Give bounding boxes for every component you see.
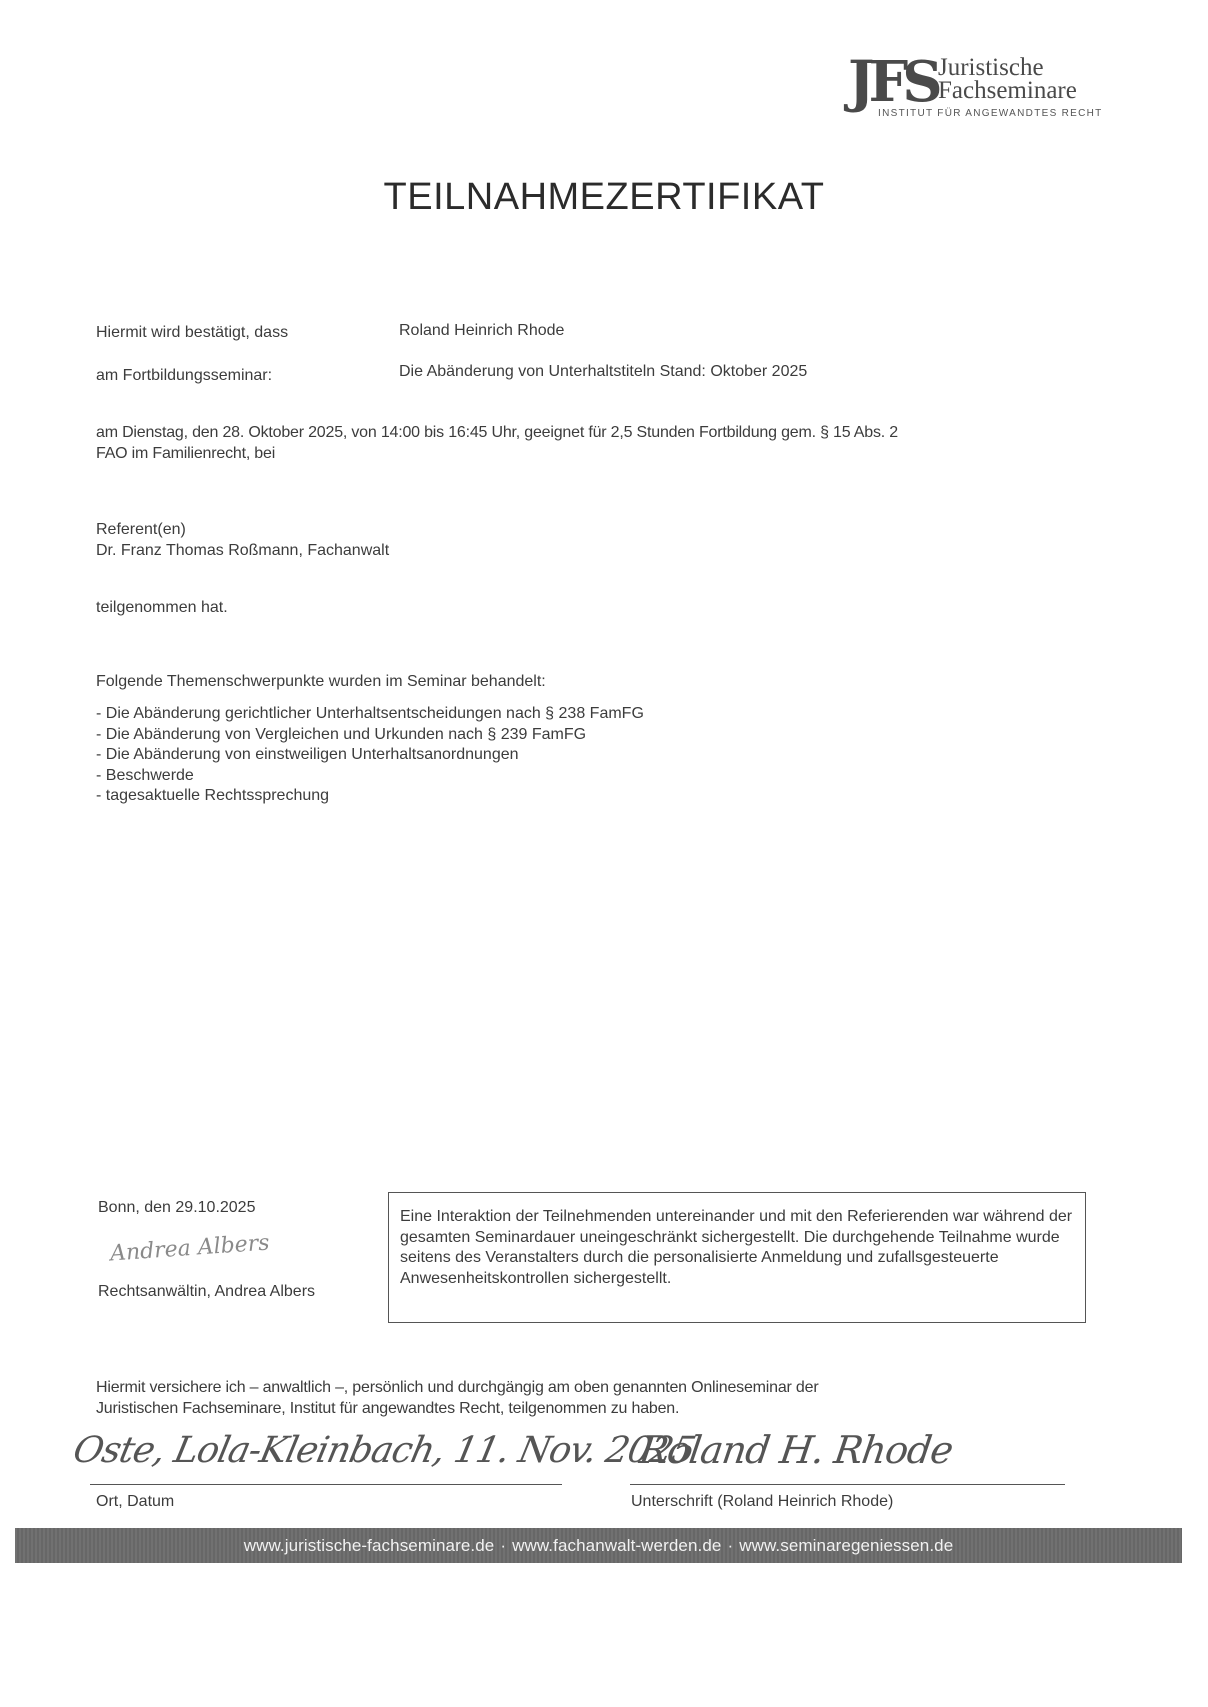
- signature-line: [630, 1484, 1065, 1485]
- footer-link-fachanwalt-werden[interactable]: www.fachanwalt-werden.de: [512, 1536, 721, 1555]
- place-date-label: Ort, Datum: [96, 1492, 174, 1512]
- footer-link-juristische-fachseminare[interactable]: www.juristische-fachseminare.de: [244, 1536, 495, 1555]
- seminar-label: am Fortbildungsseminar:: [96, 366, 272, 386]
- seminar-title: Die Abänderung von Unterhaltstiteln Stan…: [399, 362, 807, 382]
- footer-separator: ·: [494, 1536, 512, 1555]
- topic-item: Die Abänderung von Vergleichen und Urkun…: [96, 725, 644, 746]
- topic-item: tagesaktuelle Rechtssprechung: [96, 786, 644, 807]
- place-date-line: [90, 1484, 562, 1485]
- participant-name: Roland Heinrich Rhode: [399, 321, 564, 341]
- topics-heading: Folgende Themenschwerpunkte wurden im Se…: [96, 672, 546, 692]
- signature-label: Unterschrift (Roland Heinrich Rhode): [631, 1492, 893, 1512]
- issuer-title: Rechtsanwältin, Andrea Albers: [98, 1282, 315, 1302]
- footer-link-seminaregeniessen[interactable]: www.seminaregeniessen.de: [739, 1536, 953, 1555]
- declaration-line2: Juristischen Fachseminare, Institut für …: [96, 1398, 1096, 1419]
- handwritten-place-date: Oste, Lola-Kleinbach, 11. Nov. 2025: [70, 1430, 699, 1471]
- participant-label: Hiermit wird bestätigt, dass: [96, 323, 288, 343]
- jfs-logo: JFS Juristische Fachseminare INSTITUT FÜ…: [848, 52, 1098, 124]
- topic-item: Beschwerde: [96, 766, 644, 787]
- logo-name: Juristische Fachseminare: [938, 56, 1077, 102]
- footer-band: www.juristische-fachseminare.de·www.fach…: [15, 1528, 1182, 1563]
- footer-links: www.juristische-fachseminare.de·www.fach…: [244, 1536, 954, 1556]
- logo-subtitle: INSTITUT FÜR ANGEWANDTES RECHT: [878, 108, 1103, 119]
- logo-name-line1: Juristische: [938, 56, 1077, 79]
- attendance-notice-box: Eine Interaktion der Teilnehmenden unter…: [388, 1192, 1086, 1323]
- speakers-label: Referent(en): [96, 520, 186, 540]
- declaration-text: Hiermit versichere ich – anwaltlich –, p…: [96, 1377, 1096, 1419]
- logo-name-line2: Fachseminare: [938, 79, 1077, 102]
- attendance-notice-text: Eine Interaktion der Teilnehmenden unter…: [400, 1207, 1075, 1289]
- certificate-title: TEILNAHMEZERTIFIKAT: [0, 176, 1208, 219]
- topics-list: Die Abänderung gerichtlicher Unterhaltse…: [96, 704, 644, 807]
- topic-item: Die Abänderung von einstweiligen Unterha…: [96, 745, 644, 766]
- declaration-line1: Hiermit versichere ich – anwaltlich –, p…: [96, 1377, 1096, 1398]
- seminar-details: am Dienstag, den 28. Oktober 2025, von 1…: [96, 422, 1096, 464]
- participated-text: teilgenommen hat.: [96, 598, 228, 618]
- seminar-details-line2: FAO im Familienrecht, bei: [96, 443, 1096, 464]
- footer-separator: ·: [721, 1536, 739, 1555]
- issuer-signature: Andrea Albers: [109, 1230, 270, 1266]
- topic-item: Die Abänderung gerichtlicher Unterhaltse…: [96, 704, 644, 725]
- handwritten-signature: Roland H. Rhode: [637, 1428, 955, 1472]
- issue-place-date: Bonn, den 29.10.2025: [98, 1198, 255, 1218]
- speaker-name: Dr. Franz Thomas Roßmann, Fachanwalt: [96, 541, 389, 561]
- seminar-details-line1: am Dienstag, den 28. Oktober 2025, von 1…: [96, 422, 1096, 443]
- logo-mark: JFS: [848, 54, 937, 110]
